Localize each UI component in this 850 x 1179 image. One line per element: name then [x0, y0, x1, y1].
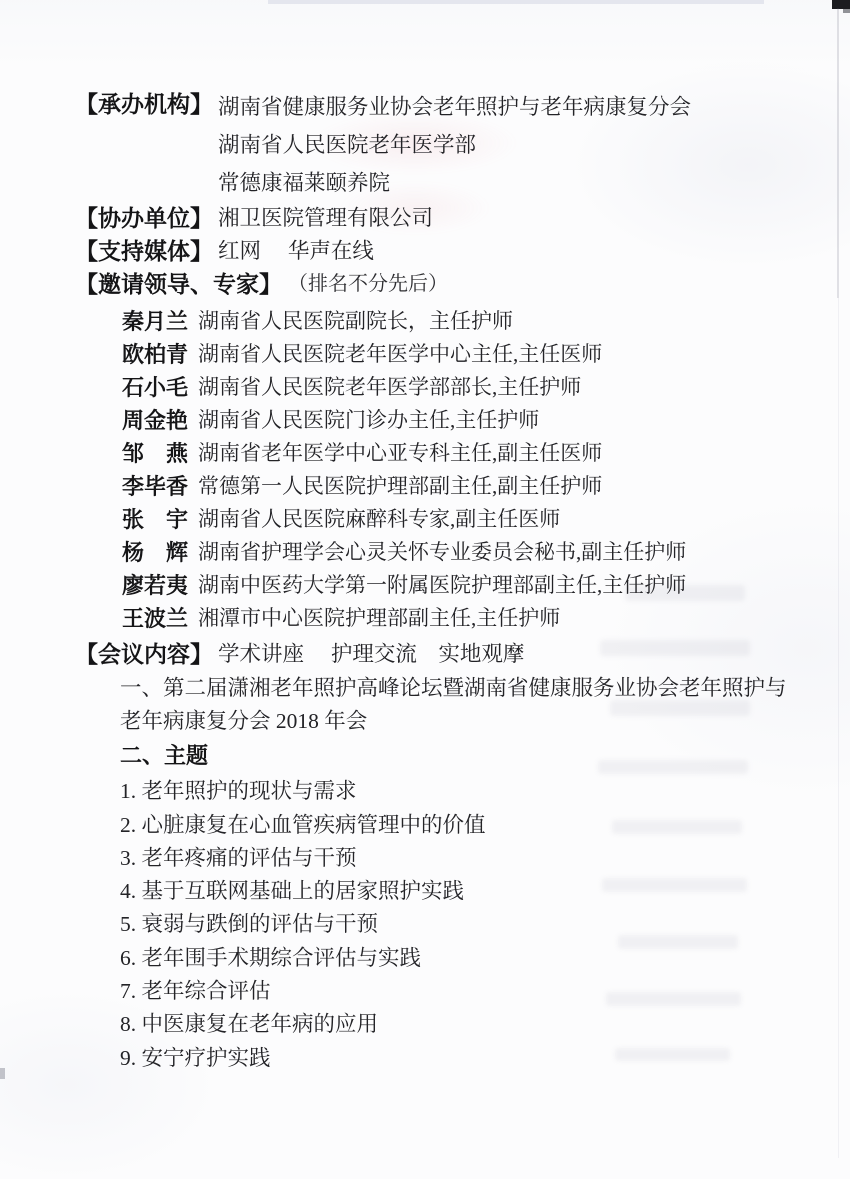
expert-name: 秦月兰	[122, 305, 198, 338]
expert-row: 王波兰 湘潭市中心医院护理部副主任,主任护师	[75, 602, 810, 635]
expert-title: 湖南省人民医院副院长，主任护师	[198, 305, 513, 338]
co-organizer-label: 【协办单位】	[75, 202, 218, 235]
expert-name: 王波兰	[122, 602, 198, 635]
expert-row: 欧柏青 湖南省人民医院老年医学中心主任,主任医师	[75, 338, 810, 371]
expert-name: 周金艳	[122, 404, 198, 437]
expert-title: 常德第一人民医院护理部副主任,副主任护师	[198, 470, 602, 503]
topics-list: 1. 老年照护的现状与需求 2. 心脏康复在心血管疾病管理中的价值 3. 老年疼…	[75, 775, 810, 1075]
expert-name: 石小毛	[122, 371, 198, 404]
expert-row: 周金艳 湖南省人民医院门诊办主任,主任护师	[75, 404, 810, 437]
expert-name: 廖若夷	[122, 569, 198, 602]
section-invited-experts: 【邀请领导、专家】 （排名不分先后）	[75, 268, 810, 301]
topic-item: 5. 衰弱与跌倒的评估与干预	[75, 908, 810, 941]
media-support-value: 红网 华声在线	[218, 235, 374, 268]
section-agenda: 【会议内容】 学术讲座 护理交流 实地观摩	[75, 637, 810, 672]
agenda-item-1-line-1: 一、第二届潇湘老年照护高峰论坛暨湖南省健康服务业协会老年照护与	[75, 672, 810, 705]
organizer-line: 湖南省健康服务业协会老年照护与老年病康复分会	[218, 88, 691, 126]
topic-item: 6. 老年围手术期综合评估与实践	[75, 942, 810, 975]
expert-name: 杨 辉	[122, 536, 198, 569]
invited-experts-note: （排名不分先后）	[288, 268, 448, 301]
expert-title: 湖南省人民医院门诊办主任,主任护师	[198, 404, 539, 437]
invited-experts-label: 【邀请领导、专家】	[75, 268, 282, 301]
scanned-document-page: 【承办机构】 湖南省健康服务业协会老年照护与老年病康复分会 湖南省人民医院老年医…	[0, 0, 850, 1179]
expert-title: 湖南省人民医院老年医学中心主任,主任医师	[198, 338, 602, 371]
topic-item: 1. 老年照护的现状与需求	[75, 775, 810, 808]
expert-name: 邹 燕	[122, 437, 198, 470]
expert-title: 湖南省人民医院老年医学部部长,主任护师	[198, 371, 581, 404]
topic-item: 3. 老年疼痛的评估与干预	[75, 842, 810, 875]
section-co-organizer: 【协办单位】 湘卫医院管理有限公司	[75, 202, 810, 235]
expert-name: 李毕香	[122, 470, 198, 503]
document-content: 【承办机构】 湖南省健康服务业协会老年照护与老年病康复分会 湖南省人民医院老年医…	[0, 0, 850, 1075]
organizer-line: 常德康福莱颐养院	[218, 164, 691, 202]
topic-item: 2. 心脏康复在心血管疾病管理中的价值	[75, 809, 810, 842]
agenda-item-2-heading: 二、主题	[75, 739, 810, 772]
organizers-label: 【承办机构】	[75, 88, 218, 121]
topic-item: 8. 中医康复在老年病的应用	[75, 1008, 810, 1041]
expert-title: 湖南省老年医学中心亚专科主任,副主任医师	[198, 437, 602, 470]
co-organizer-value: 湘卫医院管理有限公司	[218, 202, 433, 235]
media-support-label: 【支持媒体】	[75, 235, 218, 268]
organizers-lines: 湖南省健康服务业协会老年照护与老年病康复分会 湖南省人民医院老年医学部 常德康福…	[218, 88, 691, 202]
expert-title: 湘潭市中心医院护理部副主任,主任护师	[198, 602, 560, 635]
expert-name: 欧柏青	[122, 338, 198, 371]
expert-row: 邹 燕 湖南省老年医学中心亚专科主任,副主任医师	[75, 437, 810, 470]
expert-row: 石小毛 湖南省人民医院老年医学部部长,主任护师	[75, 371, 810, 404]
expert-row: 李毕香 常德第一人民医院护理部副主任,副主任护师	[75, 470, 810, 503]
section-media-support: 【支持媒体】 红网 华声在线	[75, 235, 810, 268]
expert-title: 湖南省人民医院麻醉科专家,副主任医师	[198, 503, 560, 536]
expert-row: 杨 辉 湖南省护理学会心灵关怀专业委员会秘书,副主任护师	[75, 536, 810, 569]
expert-row: 张 宇 湖南省人民医院麻醉科专家,副主任医师	[75, 503, 810, 536]
topic-item: 9. 安宁疗护实践	[75, 1042, 810, 1075]
experts-list: 秦月兰 湖南省人民医院副院长，主任护师 欧柏青 湖南省人民医院老年医学中心主任,…	[75, 305, 810, 635]
agenda-summary: 学术讲座 护理交流 实地观摩	[218, 637, 524, 672]
section-organizers: 【承办机构】 湖南省健康服务业协会老年照护与老年病康复分会 湖南省人民医院老年医…	[75, 88, 810, 202]
agenda-item-1-line-2: 老年病康复分会 2018 年会	[75, 705, 810, 738]
topic-item: 7. 老年综合评估	[75, 975, 810, 1008]
expert-row: 秦月兰 湖南省人民医院副院长，主任护师	[75, 305, 810, 338]
expert-title: 湖南中医药大学第一附属医院护理部副主任,主任护师	[198, 569, 686, 602]
expert-name: 张 宇	[122, 503, 198, 536]
agenda-label: 【会议内容】	[75, 637, 218, 672]
topic-item: 4. 基于互联网基础上的居家照护实践	[75, 875, 810, 908]
expert-row: 廖若夷 湖南中医药大学第一附属医院护理部副主任,主任护师	[75, 569, 810, 602]
organizer-line: 湖南省人民医院老年医学部	[218, 126, 691, 164]
expert-title: 湖南省护理学会心灵关怀专业委员会秘书,副主任护师	[198, 536, 686, 569]
